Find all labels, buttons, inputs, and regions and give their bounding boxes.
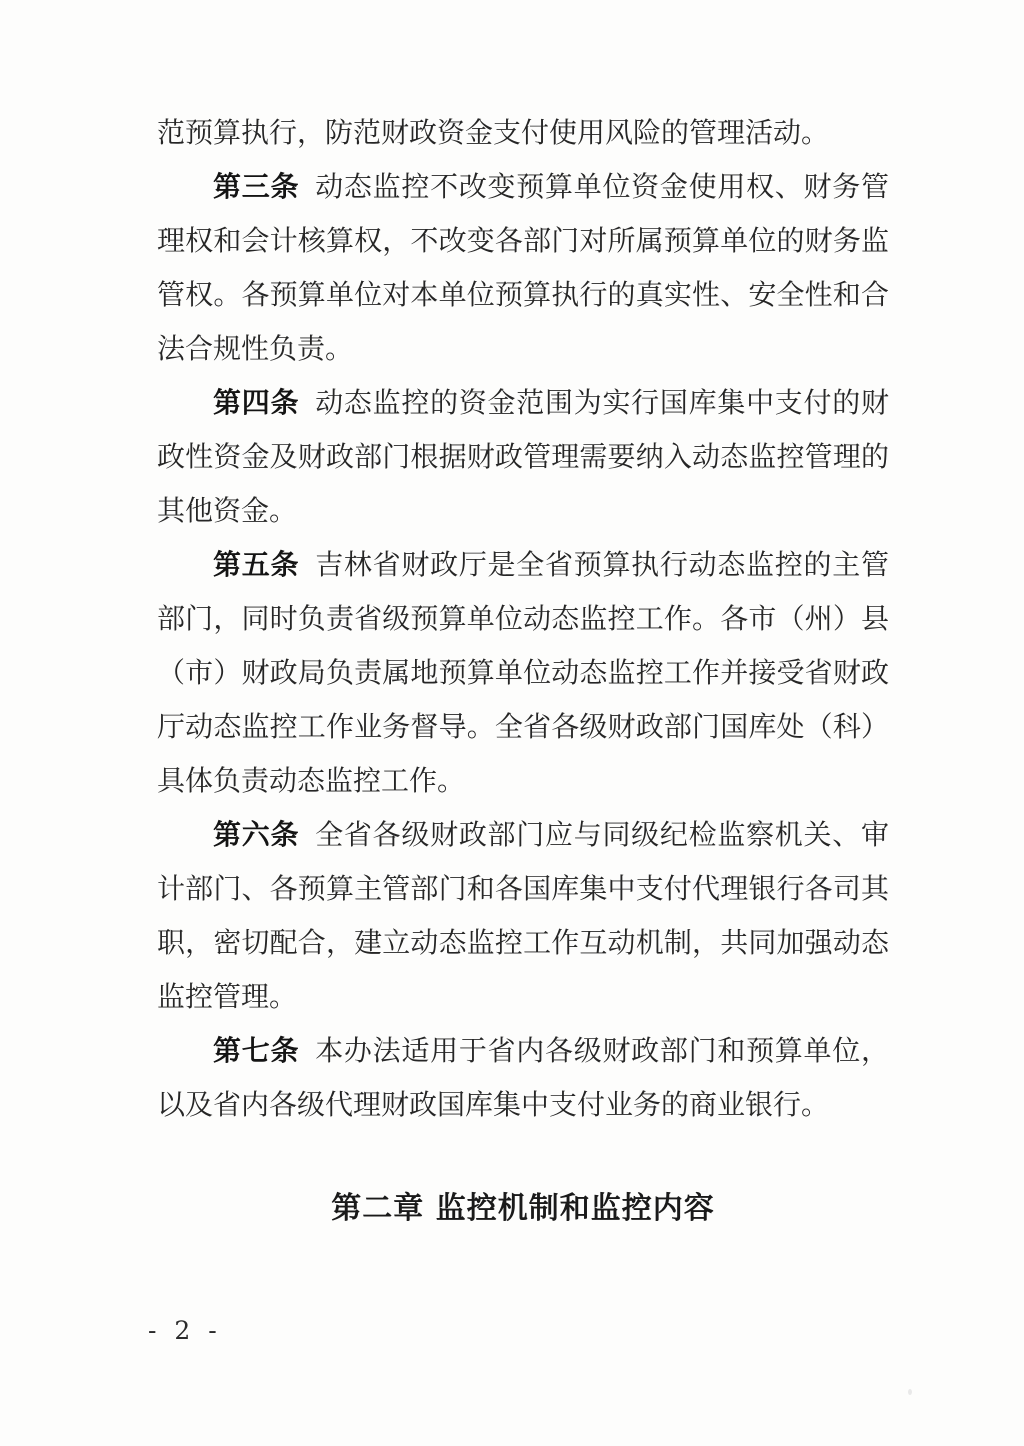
article-3-label: 第三条: [213, 170, 299, 203]
paragraph-article-6: 第六条全省各级财政部门应与同级纪检监察机关、审计部门、各预算主管部门和各国库集中…: [157, 808, 889, 1024]
paragraph-article-4: 第四条动态监控的资金范围为实行国库集中支付的财政性资金及财政部门根据财政管理需要…: [157, 376, 889, 538]
page-number: - 2 -: [148, 1316, 222, 1345]
paragraph-article-3: 第三条动态监控不改变预算单位资金使用权、财务管理权和会计核算权，不改变各部门对所…: [157, 160, 889, 376]
document-page: 范预算执行，防范财政资金支付使用风险的管理活动。 第三条动态监控不改变预算单位资…: [0, 0, 1024, 1446]
article-6-label: 第六条: [213, 818, 299, 851]
paragraph-article-7: 第七条本办法适用于省内各级财政部门和预算单位，以及省内各级代理财政国库集中支付业…: [157, 1024, 889, 1132]
paragraph-article-5: 第五条吉林省财政厅是全省预算执行动态监控的主管部门，同时负责省级预算单位动态监控…: [157, 538, 889, 808]
article-7-label: 第七条: [213, 1034, 299, 1067]
paragraph-continuation: 范预算执行，防范财政资金支付使用风险的管理活动。: [157, 106, 889, 160]
article-4-label: 第四条: [213, 386, 299, 419]
chapter-heading: 第二章 监控机制和监控内容: [157, 1182, 889, 1236]
article-5-text: 吉林省财政厅是全省预算执行动态监控的主管部门，同时负责省级预算单位动态监控工作。…: [157, 548, 889, 797]
article-5-label: 第五条: [213, 548, 299, 581]
document-body: 范预算执行，防范财政资金支付使用风险的管理活动。 第三条动态监控不改变预算单位资…: [157, 106, 889, 1236]
scan-artifact: [908, 1389, 912, 1395]
